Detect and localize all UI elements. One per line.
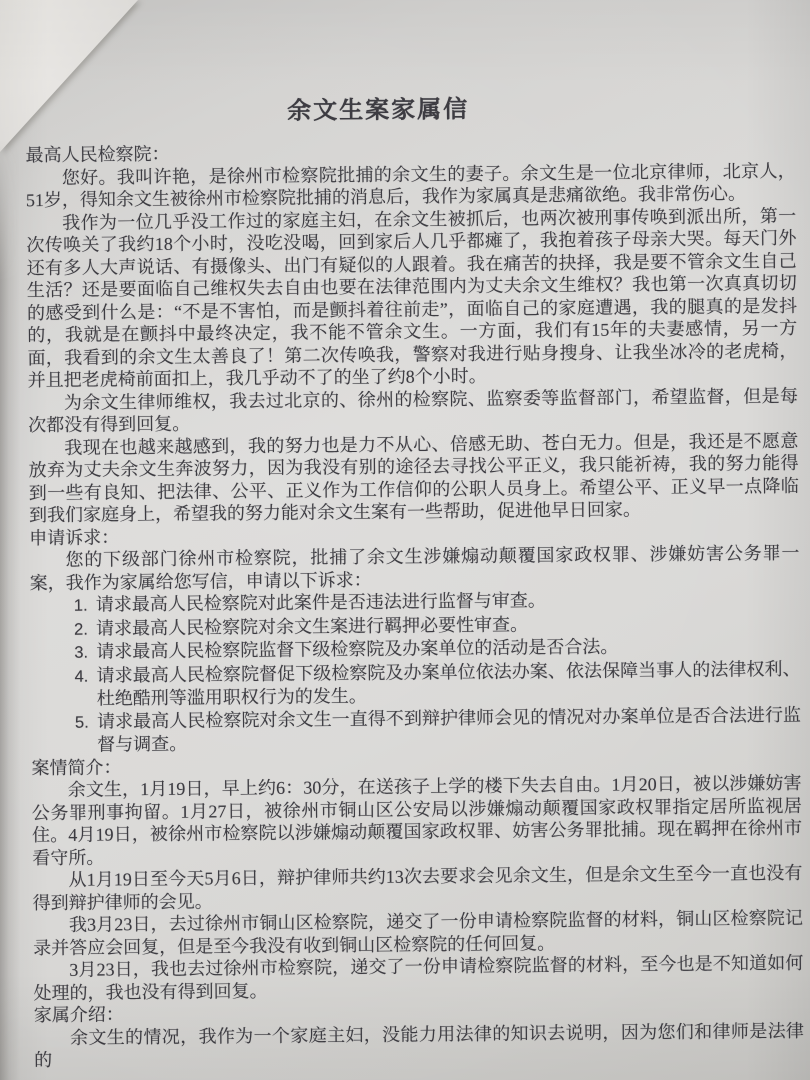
petition-item-number: 4. [74,665,96,688]
family-intro-paragraphs: 余文生的情况，我作为一个家庭主妇，没能力用法律的知识去说明，因为您们和律师是法律… [34,1019,804,1071]
letter-paragraph: 我作为一位几乎没工作过的家庭主妇，在余文生被抓后，也两次被刑事传唤到派出所，第一… [26,204,798,391]
case-summary-paragraph: 余文生，1月19日，早上约6：30分，在送孩子上学的楼下失去自由。1月20日，被… [32,772,803,869]
petition-item: 4.请求最高人民检察院督促下级检察院及办案单位依法办案、依法保障当事人的法律权利… [74,657,800,710]
letter-title: 余文生案家属信 [0,91,763,130]
petition-item-text: 请求最高人民检察院对此案件是否违法进行监督与审查。 [96,590,546,614]
screenshot-root: { "photo": { "description": "photograph … [0,0,810,1080]
family-intro-paragraph: 余文生的情况，我作为一个家庭主妇，没能力用法律的知识去说明，因为您们和律师是法律… [34,1019,804,1071]
case-summary-paragraph: 我3月23日，去过徐州市铜山区检察院，递交了一份申请检察院监督的材料，铜山区检察… [33,907,803,959]
page-edge-shadow [0,140,20,1080]
letter-paragraph: 我现在也越来越感到，我的努力也是力不从心、倍感无助、苍白无力。但是，我还是不愿意… [28,429,799,526]
petition-item-number: 3. [74,642,96,665]
petition-item-text: 请求最高人民检察院督促下级检察院及办案单位依法办案、依法保障当事人的法律权利、杜… [96,658,800,708]
photo-of-document: 余文生案家属信 最高人民检察院： 您好。我叫许艳，是徐州市检察院批捕的余文生的妻… [0,0,810,1080]
petition-item-text: 请求最高人民检察院对余文生一直得不到辩护律师会见的情况对办案单位是否合法进行监督… [97,704,801,754]
petition-item-text: 请求最高人民检察院对余文生案进行羁押必要性审查。 [96,614,528,638]
letter-paragraph: 为余文生律师维权，我去过北京的、徐州的检察院、监察委等监督部门，希望监督，但是每… [28,384,798,436]
petition-list: 1.请求最高人民检察院对此案件是否违法进行监督与审查。 2.请求最高人民检察院对… [30,587,802,757]
letter-body: 余文生案家属信 最高人民检察院： 您好。我叫许艳，是徐州市检察院批捕的余文生的妻… [25,91,804,1072]
petition-item-text: 请求最高人民检察院监督下级检察院及办案单位的活动是否合法。 [96,637,618,662]
petition-item-number: 2. [74,618,96,641]
case-summary-paragraph: 从1月19日至今天5月6日，辩护律师共约13次去要求会见余文生，但是余文生至今一… [32,862,802,914]
case-summary-paragraph: 3月23日，我也去过徐州市检察院，递交了一份申请检察院监督的材料，至今也是不知道… [33,952,803,1004]
opening-paragraphs: 您好。我叫许艳，是徐州市检察院批捕的余文生的妻子。余文生是一位北京律师，北京人，… [26,159,799,526]
case-summary-paragraphs: 余文生，1月19日，早上约6：30分，在送孩子上学的楼下失去自由。1月20日，被… [32,772,804,1004]
petition-item-number: 1. [74,595,96,618]
petition-intro: 您的下级部门徐州市检察院，批捕了余文生涉嫌煽动颠覆国家政权罪、涉嫌妨害公务罪一案… [29,542,799,594]
petition-item: 5.请求最高人民检察院对余文生一直得不到辩护律师会见的情况对办案单位是否合法进行… [75,703,801,756]
letter-paragraph: 您好。我叫许艳，是徐州市检察院批捕的余文生的妻子。余文生是一位北京律师，北京人，… [26,159,796,211]
petition-item-number: 5. [75,711,97,734]
